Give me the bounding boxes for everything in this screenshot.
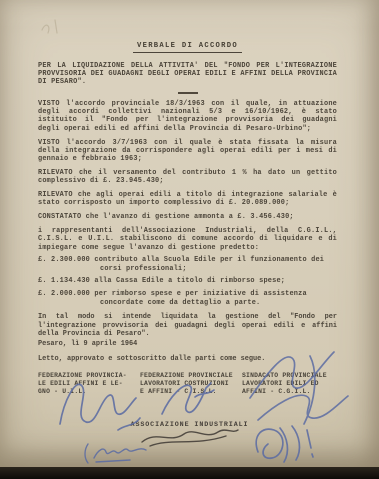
allocation-text: per rimborso spese e per iniziative di a… (94, 290, 306, 306)
allocation-amount: £. 2.000.000 (38, 290, 90, 298)
signatory-associazione-industriali: ASSOCIAZIONE INDUSTRIALI (0, 421, 379, 429)
signatory-line: GNO - U.I.L. (38, 388, 133, 396)
premise-visto-2: VISTO l'accordo 3/7/1963 con il quale è … (38, 139, 337, 164)
allocation-amount: £. 2.300.000 (38, 256, 90, 264)
place-and-date: Pesaro, lì 9 aprile 1964 (38, 340, 337, 348)
signatory-line: LE EDILI AFFINI E LE- (38, 380, 133, 388)
signatory-line: FEDERAZIONE PROVINCIA- (38, 372, 133, 380)
closing-paragraph: In tal modo si intende liquidata la gest… (38, 313, 337, 338)
allocation-item: £. 2.300.000 contributo alla Scuola Edil… (38, 256, 337, 273)
signature-industriali-center-ink (142, 430, 238, 446)
separator-dash (178, 92, 198, 94)
signatory-cgil: SINDACATO PROVINCIALE LAVORATORI EDILI E… (242, 372, 337, 396)
title-row: VERBALE DI ACCORDO (38, 34, 337, 53)
signatory-uil: FEDERAZIONE PROVINCIA- LE EDILI AFFINI E… (38, 372, 133, 396)
signatory-line: AFFINI - C.G.I.L. (242, 388, 337, 396)
signature-industriali-left-ink (85, 444, 146, 463)
premise-rilevato-1: RILEVATO che il versamento del contribut… (38, 169, 337, 186)
document-subject: PER LA LIQUIDAZIONE DELLA ATTIVITA' DEL … (38, 62, 337, 87)
premise-rappresentanti: i rappresentanti dell'Associazione Indus… (38, 227, 337, 252)
premise-visto-1: VISTO l'accordo provinciale 18/3/1963 co… (38, 100, 337, 133)
allocation-item: £. 2.000.000 per rimborso spese e per in… (38, 290, 337, 307)
signatory-line: E AFFINI - C.I.S.L. (140, 388, 235, 396)
allocation-text: alla Cassa Edile a titolo di rimborso sp… (94, 277, 285, 285)
signature-industriali-right-ink (256, 426, 313, 462)
signature-intro: Letto, approvato e sottoscritto dalle pa… (38, 355, 337, 363)
document-content: VERBALE DI ACCORDO PER LA LIQUIDAZIONE D… (0, 0, 379, 396)
signatory-line: LAVORATORI COSTRUZIONI (140, 380, 235, 388)
signatory-line: LAVORATORI EDILI ED (242, 380, 337, 388)
scan-bottom-edge (0, 467, 379, 479)
premise-constatato: CONSTATATO che l'avanzo di gestione ammo… (38, 213, 337, 221)
allocation-item: £. 1.134.430 alla Cassa Edile a titolo d… (38, 277, 337, 285)
signatory-line: SINDACATO PROVINCIALE (242, 372, 337, 380)
signatory-line: FEDERAZIONE PROVINCIALE (140, 372, 235, 380)
signatories-row: FEDERAZIONE PROVINCIA- LE EDILI AFFINI E… (38, 372, 337, 396)
allocation-amount: £. 1.134.430 (38, 277, 90, 285)
document-title: VERBALE DI ACCORDO (133, 42, 242, 53)
document-page: VERBALE DI ACCORDO PER LA LIQUIDAZIONE D… (0, 0, 379, 467)
signatory-cisl: FEDERAZIONE PROVINCIALE LAVORATORI COSTR… (140, 372, 235, 396)
allocation-text: contributo alla Scuola Edile per il funz… (94, 256, 324, 272)
premise-rilevato-2: RILEVATO che agli operai edili a titolo … (38, 191, 337, 208)
